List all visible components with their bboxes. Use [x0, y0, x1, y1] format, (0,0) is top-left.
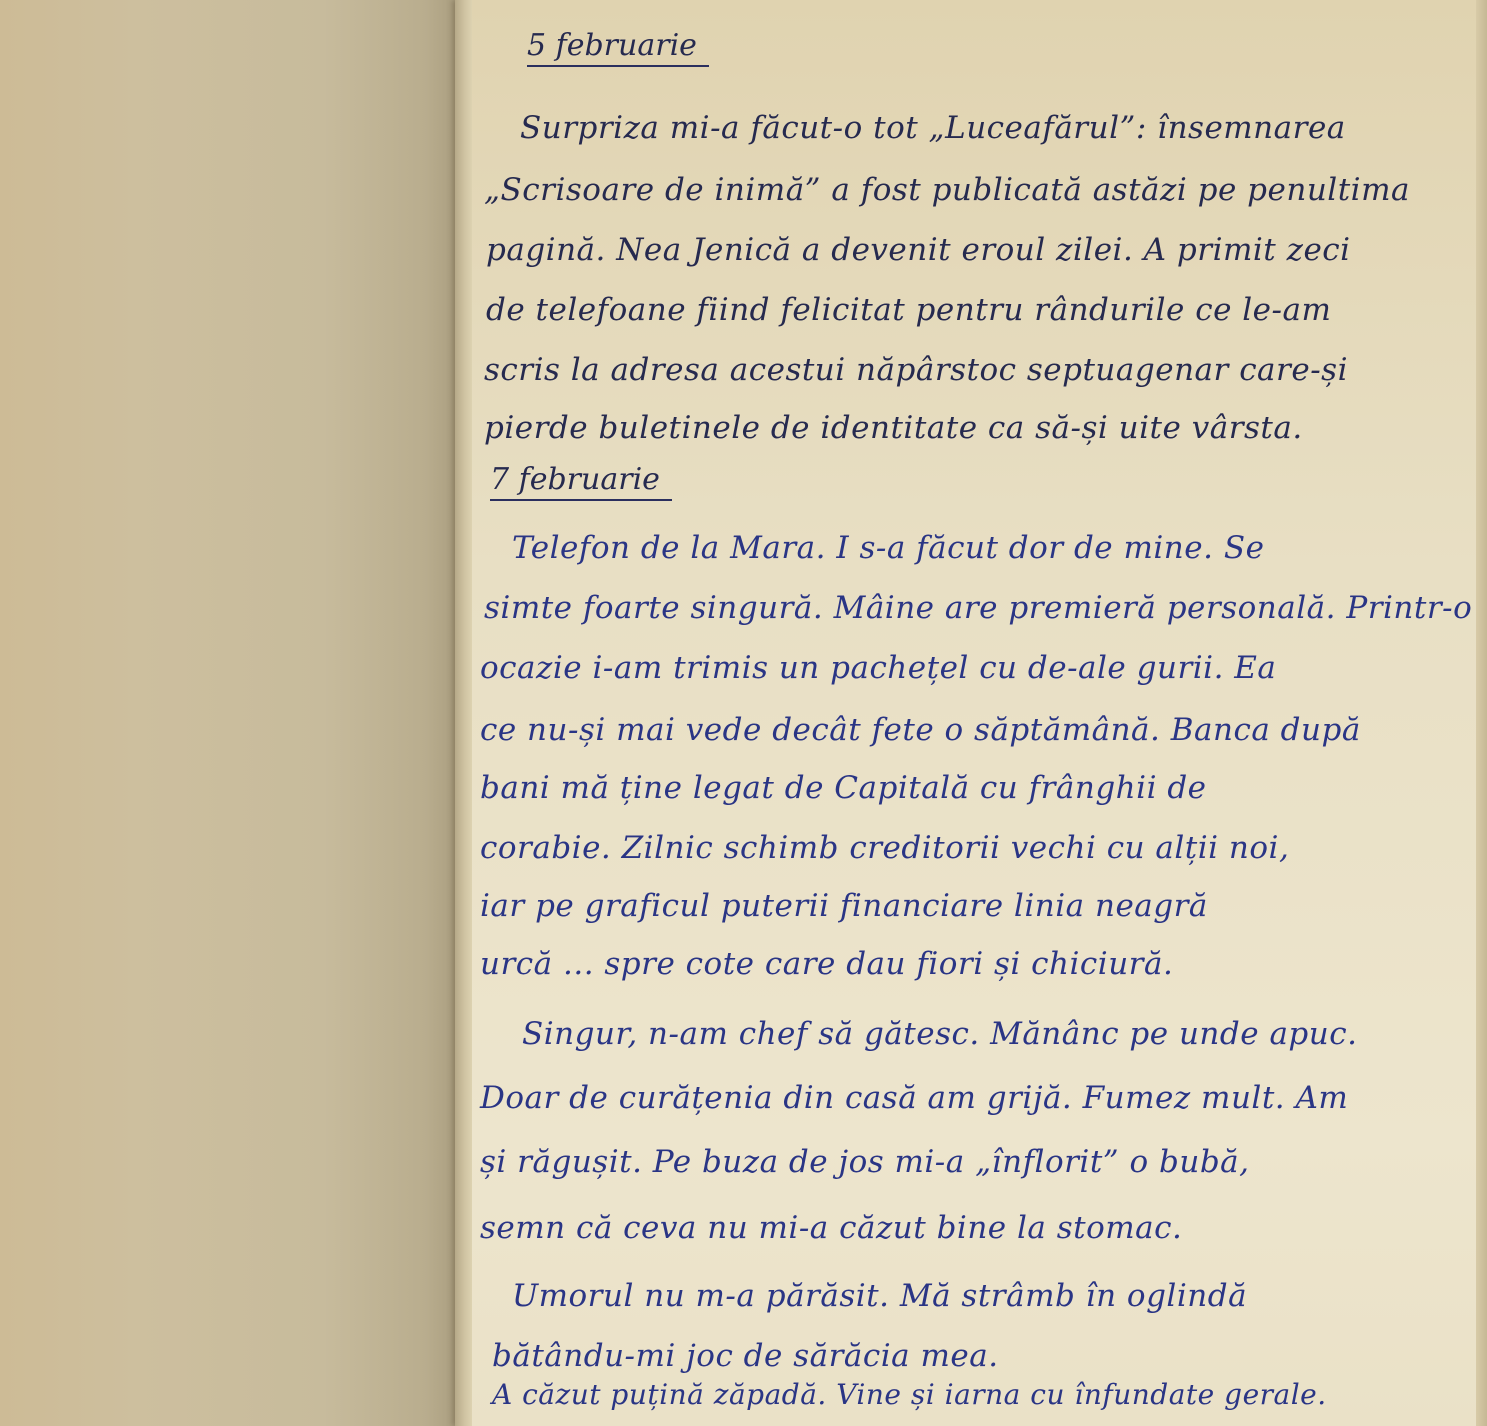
- entry-1-line-3: pagină. Nea Jenică a devenit eroul zilei…: [486, 232, 1351, 268]
- entry-2-line-7: iar pe graficul puterii financiare linia…: [480, 888, 1208, 924]
- open-diary-spread: 5 februarie Surpriza mi-a făcut-o tot „L…: [0, 0, 1487, 1426]
- entry-2-line-9: Singur, n-am chef să gătesc. Mănânc pe u…: [522, 1016, 1357, 1052]
- entry-2-line-11: și răgușit. Pe buza de jos mi-a „înflori…: [480, 1144, 1250, 1180]
- entry-2-line-13: Umorul nu m-a părăsit. Mă strâmb în ogli…: [512, 1278, 1247, 1314]
- entry-1-line-6: pierde buletinele de identitate ca să-și…: [484, 410, 1303, 446]
- right-page: 5 februarie Surpriza mi-a făcut-o tot „L…: [472, 0, 1476, 1426]
- entry-2-line-10: Doar de curățenia din casă am grijă. Fum…: [480, 1080, 1348, 1116]
- entry-date-5-februarie: 5 februarie: [527, 28, 709, 67]
- entry-2-line-1: Telefon de la Mara. I s-a făcut dor de m…: [512, 530, 1264, 566]
- entry-2-line-14: bătându-mi joc de sărăcia mea.: [492, 1338, 999, 1374]
- entry-2-line-12: semn că ceva nu mi-a căzut bine la stoma…: [480, 1210, 1182, 1246]
- entry-2-line-8: urcă ... spre cote care dau fiori și chi…: [480, 946, 1173, 982]
- entry-2-line-6: corabie. Zilnic schimb creditorii vechi …: [480, 830, 1289, 866]
- page-stack-edge: [1476, 0, 1487, 1426]
- entry-1-line-5: scris la adresa acestui năpârstoc septua…: [484, 352, 1348, 388]
- entry-2-line-5: bani mă ține legat de Capitală cu frângh…: [480, 770, 1207, 806]
- entry-date-7-februarie: 7 februarie: [490, 462, 672, 501]
- entry-1-line-2: „Scrisoare de inimă” a fost publicată as…: [484, 172, 1410, 208]
- entry-2-line-15: A căzut puțină zăpadă. Vine și iarna cu …: [492, 1378, 1327, 1411]
- left-page-blank: [0, 0, 462, 1426]
- entry-2-line-4: ce nu-și mai vede decât fete o săptămână…: [480, 712, 1361, 748]
- entry-1-line-4: de telefoane fiind felicitat pentru rând…: [486, 292, 1331, 328]
- entry-1-line-1: Surpriza mi-a făcut-o tot „Luceafărul”: …: [520, 110, 1346, 146]
- entry-2-line-2: simte foarte singură. Mâine are premieră…: [484, 590, 1472, 626]
- entry-2-line-3: ocazie i-am trimis un pachețel cu de-ale…: [480, 650, 1276, 686]
